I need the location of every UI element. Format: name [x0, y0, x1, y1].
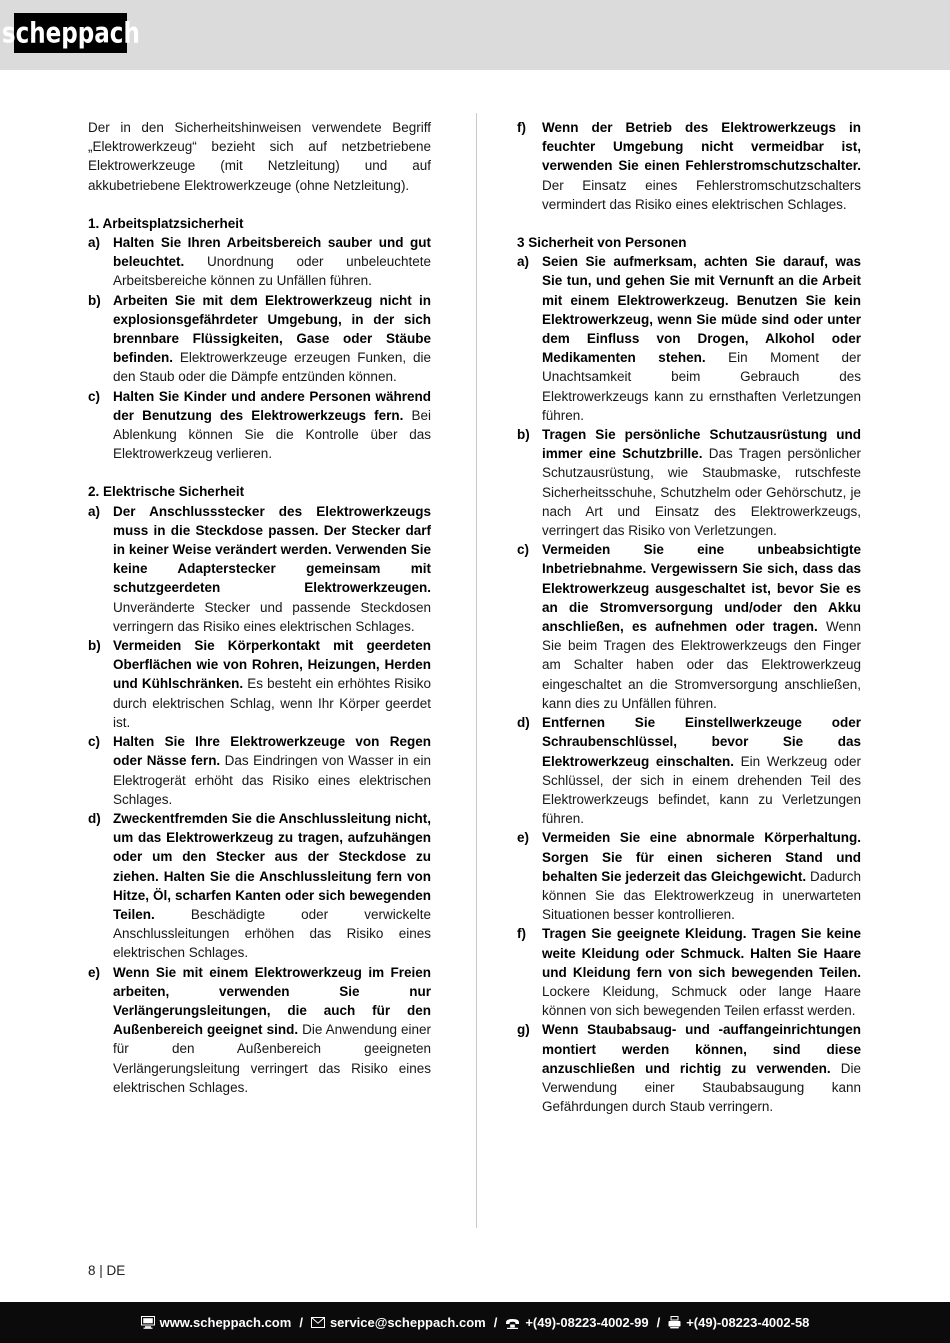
scheppach-logo: scheppach — [14, 13, 127, 53]
email-icon — [311, 1317, 325, 1328]
list-item: d) Zweckentfremden Sie die Anschlussleit… — [88, 809, 431, 963]
list-item: a) Seien Sie aufmerksam, achten Sie dara… — [517, 252, 861, 425]
column-divider — [476, 113, 477, 1228]
right-column: f) Wenn der Betrieb des Elektrowerkzeugs… — [517, 118, 861, 1116]
footer-website: www.scheppach.com — [141, 1315, 292, 1330]
list-item-rest: Beschädigte oder verwickelte Anschlussle… — [113, 907, 431, 960]
list-item-label: b) — [88, 636, 113, 732]
list-item-label: d) — [517, 713, 542, 828]
footer-fax: +(49)-08223-4002-58 — [668, 1315, 809, 1330]
computer-icon — [141, 1316, 155, 1329]
list-item: b) Arbeiten Sie mit dem Elektrowerkzeug … — [88, 291, 431, 387]
list-item: b) Tragen Sie persönliche Schutzausrüstu… — [517, 425, 861, 540]
page-number: 8 | DE — [88, 1263, 125, 1278]
list-item: c) Halten Sie Kinder und andere Personen… — [88, 387, 431, 464]
list-item-lead: Seien Sie aufmerksam, achten Sie darauf,… — [542, 254, 861, 365]
list-item-rest: Lockere Kleidung, Schmuck oder lange Haa… — [542, 984, 861, 1018]
list-item-lead: Der Anschlussstecker des Elektrowerkzeug… — [113, 504, 431, 596]
section-heading-2: 2. Elektrische Sicherheit — [88, 482, 431, 501]
list-item-text: Halten Sie Ihre Elektrowerkzeuge von Reg… — [113, 732, 431, 809]
footer-separator: / — [657, 1315, 661, 1330]
list-item-text: Tragen Sie geeignete Kleidung. Tragen Si… — [542, 924, 861, 1020]
list-item-lead: Vermeiden Sie eine unbeabsichtigte Inbet… — [542, 542, 861, 634]
list-item: g) Wenn Staubabsaug- und -auffangeinrich… — [517, 1020, 861, 1116]
list-item: a) Halten Sie Ihren Arbeitsbereich saube… — [88, 233, 431, 291]
list-item-text: Wenn Staubabsaug- und -auffangeinrichtun… — [542, 1020, 861, 1116]
list-item: e) Wenn Sie mit einem Elektrowerkzeug im… — [88, 963, 431, 1097]
footer-contact-bar: www.scheppach.com / service@scheppach.co… — [0, 1302, 950, 1343]
list-item-label: e) — [517, 828, 542, 924]
footer-email-text: service@scheppach.com — [330, 1315, 486, 1330]
manual-page: scheppach Der in den Sicherheitshinweise… — [0, 0, 950, 1343]
list-item-text: Halten Sie Kinder und andere Personen wä… — [113, 387, 431, 464]
section-heading-1: 1. Arbeitsplatzsicherheit — [88, 214, 431, 233]
footer-website-text: www.scheppach.com — [160, 1315, 292, 1330]
list-item-text: Seien Sie aufmerksam, achten Sie darauf,… — [542, 252, 861, 425]
list-item-text: Tragen Sie persönliche Schutzausrüstung … — [542, 425, 861, 540]
list-item: c) Halten Sie Ihre Elektrowerkzeuge von … — [88, 732, 431, 809]
list-item-rest: Unveränderte Stecker und passende Steckd… — [113, 600, 431, 634]
footer-email: service@scheppach.com — [311, 1315, 486, 1330]
list-item-lead: Zweckentfremden Sie die Anschlussleitung… — [113, 811, 431, 922]
list-item: b) Vermeiden Sie Körperkontakt mit geerd… — [88, 636, 431, 732]
phone-icon — [505, 1317, 520, 1329]
footer-separator: / — [494, 1315, 498, 1330]
list-item-label: c) — [88, 387, 113, 464]
list-item: e) Vermeiden Sie eine abnormale Körperha… — [517, 828, 861, 924]
list-item-label: a) — [88, 502, 113, 636]
list-item: f) Tragen Sie geeignete Kleidung. Tragen… — [517, 924, 861, 1020]
footer-phone: +(49)-08223-4002-99 — [505, 1315, 648, 1330]
list-item-label: e) — [88, 963, 113, 1097]
intro-paragraph: Der in den Sicherheitshinweisen verwende… — [88, 118, 431, 195]
list-item-text: Vermeiden Sie eine abnormale Körperhaltu… — [542, 828, 861, 924]
list-item-text: Wenn der Betrieb des Elektrowerkzeugs in… — [542, 118, 861, 214]
list-item-text: Wenn Sie mit einem Elektrowerkzeug im Fr… — [113, 963, 431, 1097]
fax-icon — [668, 1316, 681, 1329]
footer-fax-text: +(49)-08223-4002-58 — [686, 1315, 809, 1330]
list-item: c) Vermeiden Sie eine unbeabsichtigte In… — [517, 540, 861, 713]
list-item: a) Der Anschlussstecker des Elektrowerkz… — [88, 502, 431, 636]
list-item: d) Entfernen Sie Einstellwerkzeuge oder … — [517, 713, 861, 828]
list-item-label: d) — [88, 809, 113, 963]
logo-text: scheppach — [2, 16, 140, 49]
footer-separator: / — [299, 1315, 303, 1330]
list-item-label: b) — [517, 425, 542, 540]
list-item-lead: Wenn der Betrieb des Elektrowerkzeugs in… — [542, 120, 861, 173]
list-item-text: Der Anschlussstecker des Elektrowerkzeug… — [113, 502, 431, 636]
list-item-lead: Halten Sie Kinder und andere Personen wä… — [113, 389, 431, 423]
left-column: Der in den Sicherheitshinweisen verwende… — [88, 118, 431, 1097]
list-item-label: f) — [517, 924, 542, 1020]
list-item-text: Entfernen Sie Einstellwerkzeuge oder Sch… — [542, 713, 861, 828]
list-item-label: g) — [517, 1020, 542, 1116]
list-item-text: Halten Sie Ihren Arbeitsbereich sauber u… — [113, 233, 431, 291]
list-item-rest: Der Einsatz eines Fehlerstromschutzschal… — [542, 178, 861, 212]
list-item-label: a) — [517, 252, 542, 425]
list-item-label: c) — [88, 732, 113, 809]
section-heading-3: 3 Sicherheit von Personen — [517, 233, 861, 252]
list-item-text: Vermeiden Sie eine unbeabsichtigte Inbet… — [542, 540, 861, 713]
list-item-label: f) — [517, 118, 542, 214]
list-item-lead: Tragen Sie geeignete Kleidung. Tragen Si… — [542, 926, 861, 979]
list-item-lead: Wenn Staubabsaug- und -auffangeinrichtun… — [542, 1022, 861, 1075]
footer-phone-text: +(49)-08223-4002-99 — [525, 1315, 648, 1330]
list-item-text: Zweckentfremden Sie die Anschlussleitung… — [113, 809, 431, 963]
header-band: scheppach — [0, 0, 950, 70]
list-item-text: Vermeiden Sie Körperkontakt mit geerdete… — [113, 636, 431, 732]
list-item-label: a) — [88, 233, 113, 291]
list-item-text: Arbeiten Sie mit dem Elektrowerkzeug nic… — [113, 291, 431, 387]
list-item-label: c) — [517, 540, 542, 713]
list-item: f) Wenn der Betrieb des Elektrowerkzeugs… — [517, 118, 861, 214]
list-item-label: b) — [88, 291, 113, 387]
